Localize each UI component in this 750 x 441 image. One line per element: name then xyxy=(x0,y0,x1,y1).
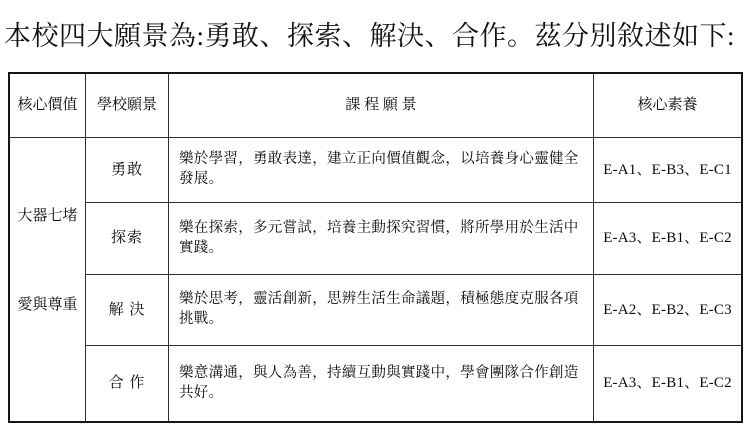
table-row-competencies: E-A1、E-B3、E-C1 xyxy=(594,138,741,203)
header-core-value: 核心價值 xyxy=(10,74,86,138)
page-title: 本校四大願景為:勇敢、探索、解決、合作。茲分別敘述如下: xyxy=(4,14,735,53)
table-row-competencies: E-A2、E-B2、E-C3 xyxy=(594,275,741,346)
table-row-vision: 解 決 xyxy=(86,275,169,346)
vision-table: 核心價值 學校願景 課 程 願 景 核心素養 大器七堵 愛與尊重 勇敢 樂於學習… xyxy=(8,72,743,423)
table-row-competencies: E-A3、E-B1、E-C2 xyxy=(594,346,741,421)
table-row-competencies: E-A3、E-B1、E-C2 xyxy=(594,203,741,275)
table-row-curriculum: 樂在探索，多元嘗試，培養主動探究習慣，將所學用於生活中實踐。 xyxy=(169,203,594,275)
core-value-line-1: 大器七堵 xyxy=(17,206,77,226)
table-row-curriculum: 樂於學習，勇敢表達，建立正向價值觀念，以培養身心靈健全發展。 xyxy=(169,138,594,203)
table-row-vision: 勇敢 xyxy=(86,138,169,203)
header-school-vision: 學校願景 xyxy=(86,74,169,138)
header-core-competency: 核心素養 xyxy=(594,74,741,138)
document-page: 本校四大願景為:勇敢、探索、解決、合作。茲分別敘述如下: 核心價值 學校願景 課… xyxy=(0,0,750,441)
table-row-curriculum: 樂於思考，靈活創新，思辨生活生命議題，積極態度克服各項挑戰。 xyxy=(169,275,594,346)
core-value-line-2: 愛與尊重 xyxy=(17,295,77,315)
core-value-cell: 大器七堵 愛與尊重 xyxy=(10,138,86,421)
table-row-curriculum: 樂意溝通，與人為善，持續互動與實踐中，學會團隊合作創造共好。 xyxy=(169,346,594,421)
header-curriculum-vision: 課 程 願 景 xyxy=(169,74,594,138)
table-row-vision: 合 作 xyxy=(86,346,169,421)
table-row-vision: 探索 xyxy=(86,203,169,275)
